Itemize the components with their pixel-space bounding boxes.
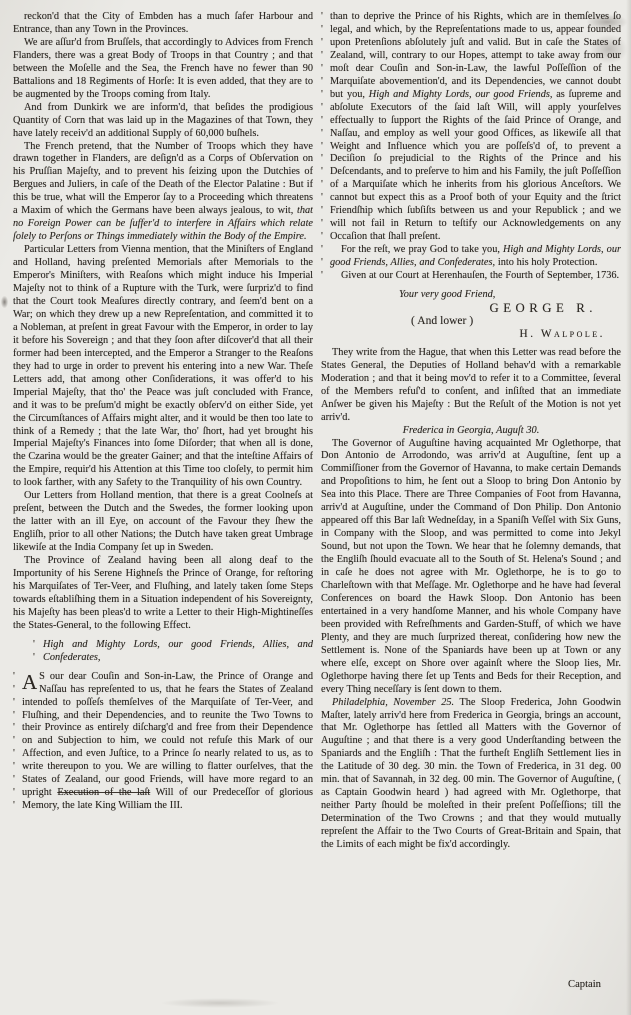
paragraph-embden: reckon'd that the City of Embden has a m… [13, 11, 313, 37]
paragraph-georgia-news: The Governor of Auguſtine having acquain… [321, 438, 621, 697]
royal-letter-given-at: Given at our Court at Herenhauſen, the F… [330, 270, 621, 283]
quote-gutter: ' ' ' ' ' ' ' ' ' ' ' [13, 671, 22, 813]
royal-letter-body-right: than to deprive the Prince of his Rights… [330, 11, 621, 283]
right-column: ' ' ' ' ' ' ' ' ' ' ' ' ' ' ' ' ' ' ' ' … [321, 11, 621, 1005]
paragraph-holland-coolness: Our Letters from Holland mention, that t… [13, 490, 313, 555]
quote-gutter: ' ' ' ' ' ' ' ' ' ' ' ' ' ' ' ' ' ' ' ' … [321, 11, 330, 283]
newspaper-page-scan: { "colors": { "paper": "#ebeae6", "ink":… [0, 0, 631, 1015]
quote-gutter: ' ' [33, 639, 43, 665]
page-background: reckon'd that the City of Embden has a m… [0, 0, 631, 1015]
catchword: Captain [568, 979, 601, 990]
paragraph-vienna-letters: Particular Letters from Vienna mention, … [13, 244, 313, 490]
paragraph-dunkirk: And from Dunkirk we are inform'd, that b… [13, 102, 313, 141]
royal-letter-left: ' ' ' ' ' ' ' ' ' ' ' AS our dear Couſin… [13, 671, 313, 813]
left-column: reckon'd that the City of Embden has a m… [13, 11, 313, 1005]
dateline-frederica-georgia: Frederica in Georgia, Auguſt 30. [321, 425, 621, 438]
signature-walpole: H. Walpole. [321, 328, 621, 341]
signature-george-r: GEORGE R. [321, 302, 621, 315]
paragraph-zealand-province: The Province of Zealand having been all … [13, 555, 313, 633]
paragraph-hague: They write from the Hague, that when thi… [321, 347, 621, 425]
drop-cap-initial: A [22, 671, 39, 693]
signature-and-lower: ( And lower ) [321, 315, 621, 328]
paragraph-philadelphia-news: Philadelphia, November 25. The Sloop Fre… [321, 697, 621, 852]
scan-artifact-speck [1, 296, 8, 308]
royal-letter-text-left: S our dear Couſin and Son-in-Law, the Pr… [22, 671, 313, 812]
royal-letter-right: ' ' ' ' ' ' ' ' ' ' ' ' ' ' ' ' ' ' ' ' … [321, 11, 621, 283]
royal-letter-for-the-rest: For the reſt, we pray God to take you, H… [330, 244, 621, 270]
paragraph-french-pretend: The French pretend, that the Number of T… [13, 141, 313, 245]
letter-salutation-text: High and Mighty Lords, our good Friends,… [43, 639, 313, 665]
scan-artifact-page-edge [626, 0, 631, 1015]
royal-letter-body-left: AS our dear Couſin and Son-in-Law, the P… [22, 671, 313, 813]
letter-salutation: ' ' High and Mighty Lords, our good Frie… [13, 639, 313, 665]
royal-letter-continuation: than to deprive the Prince of his Rights… [330, 11, 621, 244]
paragraph-brussels: We are aſſur'd from Bruſſels, that accor… [13, 37, 313, 102]
